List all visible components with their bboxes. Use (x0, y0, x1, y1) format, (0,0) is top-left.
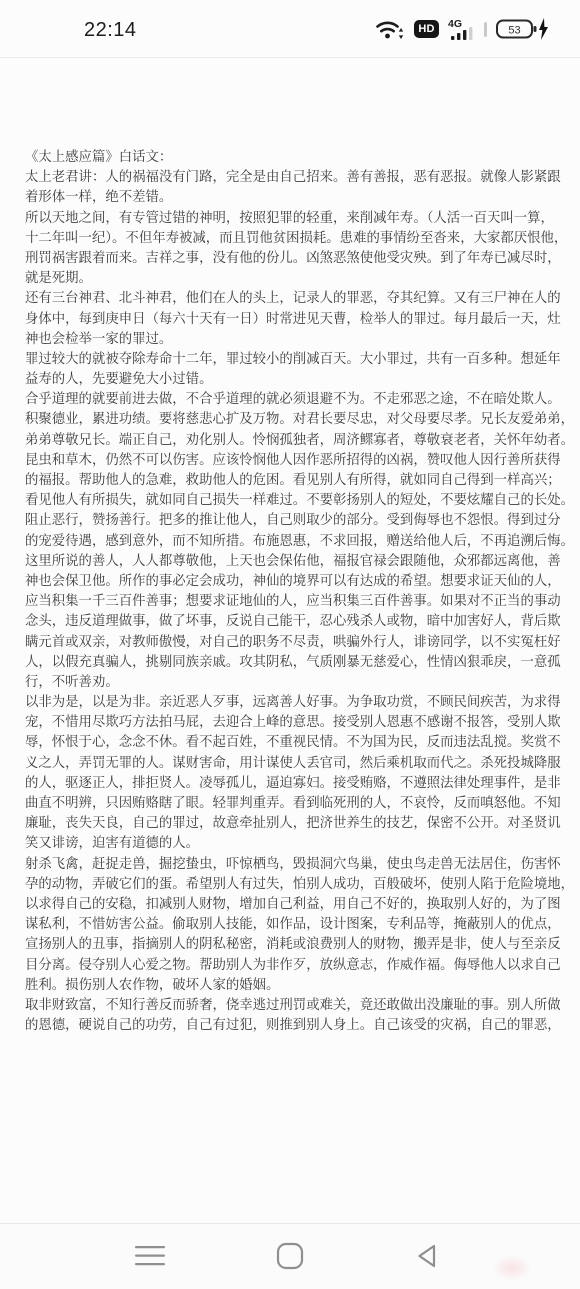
text-line: 廉耻，丧失天良，自己的罪过，故意牵扯别人，把济世养生的技艺，保密不公开。对圣贤讥 (25, 813, 561, 833)
text-line: 的人，驱逐正人，排拒贤人。凌辱孤儿，逼迫寡妇。接受贿赂，不遵照法律处理事件，是非 (25, 773, 561, 793)
sim2-signal-bar (484, 22, 487, 37)
text-line: 以求得自己的安稳，扣减别人财物，增加自己利益，用自己不好的，换取别人好的，为了图 (25, 894, 561, 914)
text-line: 昆虫和草木，仍然不可以伤害。应该怜悯他人因作恶所招得的凶祸，赞叹他人因行善所获得 (25, 450, 561, 470)
text-line: 所以天地之间，有专管过错的神明，按照犯罪的轻重，来削减年寿。（人活一百天叫一算， (25, 208, 561, 228)
battery-icon: 53 (496, 18, 548, 40)
text-line: 的恩德，硬说自己的功劳，自己有过犯，则推到别人身上。自己该受的灾祸，自己的罪恶， (25, 1015, 561, 1035)
home-square-icon (276, 1242, 304, 1270)
text-line: 以非为是，以是为非。亲近恶人歹事，远离善人好事。为争取功赏，不顾民间疾苦，为求得 (25, 692, 561, 712)
text-line: 的福报。帮助他人的急难，救助他人的危困。看见别人有所得，就如同自己得到一样高兴； (25, 470, 561, 490)
hd-badge-icon: HD (414, 20, 439, 38)
hamburger-menu-icon (134, 1245, 166, 1267)
svg-text:4G: 4G (448, 18, 462, 30)
text-line: 义之人，弄罚无罪的人。谋财害命，用计谋使人丢官司，然后乘机取而代之。杀死投城降服 (25, 753, 561, 773)
text-line: 宠，不惜用尽欺巧方法拍马屁，去迎合上峰的意思。接受别人恩惠不感谢不报答，受别人欺 (25, 712, 561, 732)
text-line: 着形体一样，绝不差错。 (25, 187, 561, 207)
text-line: 积聚德业，累进功绩。要将慈悲心扩及万物。对君长要尽忠，对父母要尽孝。兄长友爱弟弟… (25, 409, 561, 429)
back-triangle-icon (415, 1243, 441, 1269)
clock-text: 22:14 (84, 19, 137, 42)
text-line: 身体中，每到庚申日（每六十天有一日）时常进见天曹，检举人的罪过。每月最后一天，灶 (25, 309, 561, 329)
text-line: 取非财致富，不知行善反而骄奢，侥幸逃过刑罚或难关，竟还敢做出没廉耻的事。别人所做 (25, 995, 561, 1015)
home-button[interactable] (272, 1238, 308, 1274)
text-line: 罪过较大的就被夺除寿命十二年，罪过较小的削减百天。大小罪过，共有一百多种。想延年 (25, 349, 561, 369)
text-line: 笑又诽谤，迫害有道德的人。 (25, 833, 561, 853)
watermark-smudge (492, 1255, 532, 1281)
text-line: 人，以假充真骗人，挑剔同族亲戚。攻其阴私，气质刚暴无慈爱心，性情凶狠乖戾，一意孤 (25, 652, 561, 672)
text-line: 阻止恶行，赞扬善行。把多的推让他人，自己则取少的部分。受到侮辱也不怨恨。得到过分 (25, 510, 561, 530)
text-line: 合乎道理的就要前进去做，不合乎道理的就必须退避不为。不走邪恶之途，不在暗处欺人。 (25, 389, 561, 409)
text-line: 神也会检举一家的罪过。 (25, 329, 561, 349)
text-line: 的宠爱待遇，感到意外，而不知所措。布施恩惠，不求回报，赠送给他人后，不再追溯后悔… (25, 531, 561, 551)
text-line: 还有三台神君、北斗神君，他们在人的头上，记录人的罪恶，夺其纪算。又有三尸神在人的 (25, 288, 561, 308)
text-line: 辱，怀恨于心，念念不休。看不起百姓，不重视民情。不为国为民，反而违法乱搅。奖赏不 (25, 732, 561, 752)
text-line: 十二年叫一纪）。不但年寿被减，而且罚他贫困损耗。患难的事情纷至沓来，大家都厌恨他… (25, 228, 561, 248)
text-line: 就是死期。 (25, 268, 561, 288)
document-body: 太上老君讲：人的祸福没有门路，完全是由自己招来。善有善报，恶有恶报。就像人影紧跟… (25, 167, 561, 1035)
text-line: 射杀飞禽，赶捉走兽，掘挖蛰虫，吓惊栖鸟，毁损洞穴鸟巢，使虫鸟走兽无法居住，伤害怀 (25, 854, 561, 874)
document-area[interactable]: 《太上感应篇》白话文： 太上老君讲：人的祸福没有门路，完全是由自己招来。善有善报… (25, 147, 561, 1035)
text-line: 行，不听善劝。 (25, 672, 561, 692)
signal-bars-icon: 4G (448, 17, 478, 41)
text-line: 念头，违反道理做事，做了坏事，反说自己能干，忍心残杀人或物，暗中加害好人，背后欺 (25, 611, 561, 631)
wifi-icon (375, 18, 405, 40)
text-line: 宣扬别人的丑事，指摘别人的阴私秘密，消耗或浪费别人的财物，搬弄是非，使人与至亲反 (25, 934, 561, 954)
text-line: 胜利。损伤别人农作物，破坏人家的婚姻。 (25, 975, 561, 995)
document-title: 《太上感应篇》白话文： (25, 147, 561, 167)
text-line: 曲直不明辨，只因贿赂瞎了眼。轻罪判重弄。看到临死刑的人，不哀怜，反而嗔怒他。不知 (25, 793, 561, 813)
status-bar: 22:14 HD 4G (0, 0, 580, 58)
text-line: 益寿的人，先要避免大小过错。 (25, 369, 561, 389)
text-line: 瞒元首或双亲，对教师傲慢，对自己的职务不尽责，哄骗外行人，诽谤同学，以不实冤枉好 (25, 632, 561, 652)
text-line: 这里所说的善人，人人都尊敬他，上天也会保佑他，福报官禄会跟随他，众邪都远离他，善 (25, 551, 561, 571)
text-line: 刑罚祸害跟着而来。吉祥之事，没有他的份儿。凶煞恶煞使他受灾殃。到了年寿已减尽时， (25, 248, 561, 268)
charging-bolt-icon (539, 18, 548, 40)
text-line: 看见他人有所损失，就如同自己损失一样难过。不要彰扬别人的短处，不要炫耀自己的长处… (25, 490, 561, 510)
back-button[interactable] (410, 1238, 446, 1274)
text-line: 孕的动物，弄破它们的蛋。希望别人有过失，怕别人成功，百般破坏，使别人陷于危险境地… (25, 874, 561, 894)
menu-button[interactable] (132, 1238, 168, 1274)
text-line: 应当积集一千三百件善事；想要求证地仙的人，应当积集三百件善事。如果对不正当的事动 (25, 591, 561, 611)
phone-screen: 22:14 HD 4G (0, 0, 580, 1289)
text-line: 弟弟尊敬兄长。端正自己，劝化别人。怜悯孤独者，周济鳏寡者，尊敬衰老者，关怀年幼者… (25, 430, 561, 450)
navigation-bar (0, 1223, 580, 1289)
text-line: 神也会保卫他。所作的事必定会成功，神仙的境界可以有达成的希望。想要求证天仙的人， (25, 571, 561, 591)
battery-percent-text: 53 (508, 25, 520, 37)
text-line: 谋私利，不惜妨害公益。偷取别人技能，如作品，设计图案，专利品等，掩蔽别人的优点， (25, 914, 561, 934)
text-line: 太上老君讲：人的祸福没有门路，完全是由自己招来。善有善报，恶有恶报。就像人影紧跟 (25, 167, 561, 187)
text-line: 目分离。侵夺别人心爱之物。帮助别人为非作歹，放纵意志，作威作福。侮辱他人以求自己 (25, 955, 561, 975)
status-icons-cluster: HD 4G 53 (375, 0, 548, 58)
